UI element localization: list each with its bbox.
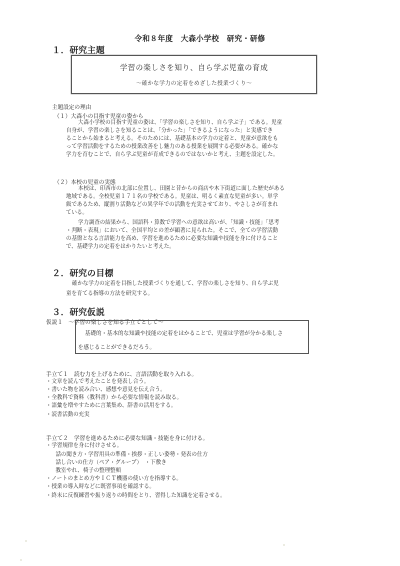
research-theme-box: 学習の楽しさを知り、自ら学ぶ児童の育成 ～確かな学力の定着をめざした授業づくり～ [71,55,317,94]
measure1-item: ・文章を読んで考えたことを発表し合う。 [46,378,149,386]
measure1-heading: 手立て１ 読む力を上げるために、言語活動を取り入れる。 [46,370,197,378]
goal-line: 確かな学力の定着を目指した授業づくりを通して、学習の楽しさを知り、自ら学ぶ児 [72,280,279,288]
reason1-line: 学力を育むことで、自ら学ぶ児童が育成できるのではないかと考え、主題を設定した。 [66,151,278,159]
reason1-line: って学習活動をするための授業改善をし魅力のある授業を展開する必要がある。確かな [66,143,278,151]
goal-line: 童を育てる指導の方法を研究する。 [66,290,153,298]
reason2-line: 学力調査の結果から、国語科・算数で学習への意欲は高いが、「知識・技能」「思考 [78,219,279,227]
measure1-item: ・語彙を増やすために言葉集め、辞書の活用をする。 [46,402,176,410]
reason1-line: 自身が、学習の楽しさを知ることは、「分かった」「できるようになった」と実感でき [66,127,273,135]
hypothesis1-box: 基礎的・基本的な知識や技能の定着をはかることで、児童は学習が分かる楽しさ を感じ… [75,320,309,354]
measure2-item: 話し合いの仕方（ペア・グループ） ・下敷き [50,459,167,467]
measure2-item: ・終末に反復練習や振り返りの時間をとり、習得した知識を定着させる。 [46,492,226,500]
measure1-item: ・読書活動の充実 [46,411,90,419]
reason2-line: の基盤となる言語能力を高め、学習を進めるために必要な知識や技能を身に付けること [66,235,278,243]
hypothesis1-line: 基礎的・基本的な知識や技能の定着をはかることで、児童は学習が分かる楽しさ [85,329,283,337]
measure1-item: ・全教科で資料（教科書）から必要な情報を読み取る。 [46,394,182,402]
reason2-line: ・判断・表現」において、全国平均との差が顕著に見られた。そこで、全ての学習活動 [66,227,278,235]
measure2-item: 教室やれ、椅子の整理整頓 [50,467,121,475]
theme-reason-heading: 主題設定の理由 [52,103,91,111]
research-theme-subtitle: ～確かな学力の定着をめざした授業づくり～ [72,79,316,87]
measure2-item: 話の聞き方・学習用具の準備・挨拶・正しい姿勢・発表の仕方 [50,451,208,459]
measure2-heading: 手立て２ 学習を進めるために必要な知識・技能を身に付ける。 [46,434,208,442]
reason2-line: ている。 [66,209,88,217]
reason1-line: ることから始まると考える。そのためには、基礎基本の学力の定着と、児童が意欲をも [66,135,278,143]
measure2-item: ・ノートのまとめ方やＩＣＴ機器の使い方を指導する。 [46,475,182,483]
research-theme-main: 学習の楽しさを知り、自ら学ぶ児童の育成 [72,62,316,73]
scan-artifact [25,540,27,542]
reason2-line: 地域である。全校児童１７１名の学校である。児童は、明るく素直な児童が多い。単学 [66,193,278,201]
section3-heading: ３．研究仮説 [52,306,105,318]
measure2-item: ・授業の導入時などに既習事項を確認する。 [46,483,155,491]
reason1-line: 大森小学校の目指す児童の姿は、「学習の楽しさを知り、自ら学ぶ子」である。児童 [78,119,282,127]
document-title: 令和８年度 大森小学校 研究・研修 [0,33,400,44]
section2-heading: ２．研究の目標 [52,267,114,279]
reason2-line: で、基礎学力の定着をはかりたいと考えた。 [66,243,175,251]
reason2-line: 級であるため、縦割り活動などの異学年での活動を充実させており、やさしさが育まれ [66,201,278,209]
measure1-item: ・書いた物を読み合い、感想や意見を伝え合う。 [46,386,166,394]
scan-artifact [283,544,285,546]
measure2-item: ・学習規律を身に付けさせる。 [46,442,122,450]
scan-artifact [20,559,22,561]
reason2-line: 本校は、印西市の北部に位置し、田園と昔からの商店や木下街道に面した歴史がある [78,185,285,193]
hypothesis1-line: を感じることができるだろう。 [78,343,155,351]
